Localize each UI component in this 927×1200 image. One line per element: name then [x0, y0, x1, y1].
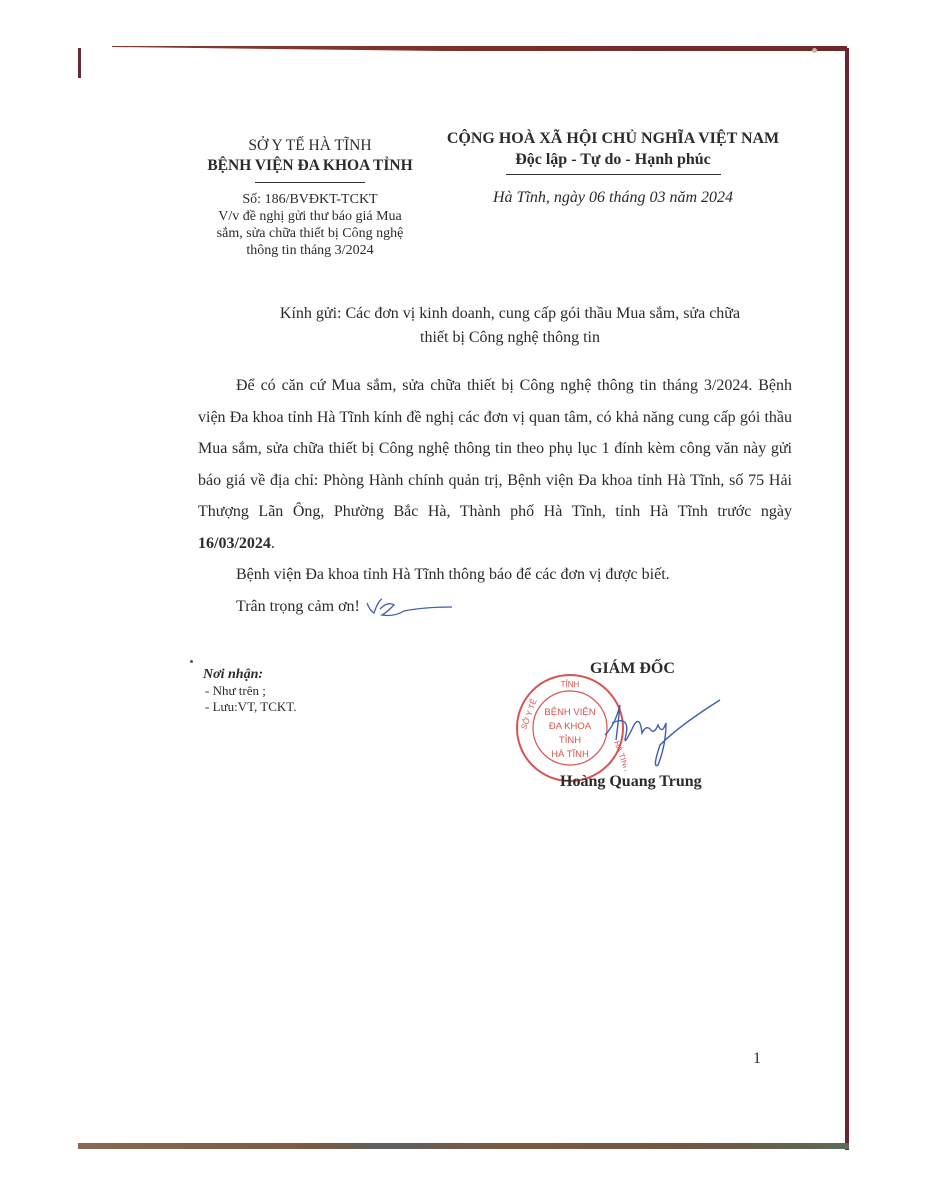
recipient-item: - Như trên ; [203, 683, 297, 699]
closing-text: Trân trọng cảm ơn! [236, 598, 360, 615]
recipient-item: - Lưu:VT, TCKT. [203, 699, 297, 715]
subject-line: V/v đề nghị gửi thư báo giá Mua [185, 208, 435, 225]
subject-line: sắm, sửa chữa thiết bị Công nghệ [185, 225, 435, 242]
page-edge-bottom [78, 1143, 849, 1149]
header-divider [255, 182, 365, 183]
document-number: Số: 186/BVĐKT-TCKT [185, 191, 435, 208]
addressee: Kính gửi: Các đơn vị kinh doanh, cung cấ… [230, 302, 790, 350]
closing-line: Trân trọng cảm ơn! [198, 591, 792, 623]
svg-text:TỈNH: TỈNH [559, 734, 581, 746]
body-text-end: . [271, 535, 275, 552]
scan-speck [812, 48, 817, 53]
recipients-title: Nơi nhận: [203, 667, 297, 683]
national-header: CỘNG HOÀ XÃ HỘI CHỦ NGHĨA VIỆT NAM Độc l… [428, 130, 798, 207]
page-number: 1 [753, 1050, 761, 1068]
initial-signature-icon [364, 595, 454, 619]
page-edge-top [112, 46, 847, 51]
signer-name: Hoàng Quang Trung [560, 773, 702, 791]
body-text: Để có căn cứ Mua sắm, sửa chữa thiết bị … [198, 377, 792, 520]
page-edge-right [845, 48, 849, 1150]
agency-name: SỞ Y TẾ HÀ TĨNH [185, 137, 435, 155]
svg-text:ĐA KHOA: ĐA KHOA [549, 721, 592, 732]
letter-body: Để có căn cứ Mua sắm, sửa chữa thiết bị … [198, 370, 792, 622]
addressee-line: thiết bị Công nghệ thông tin [230, 326, 790, 350]
body-paragraph: Bệnh viện Đa khoa tỉnh Hà Tĩnh thông báo… [198, 559, 792, 591]
scan-dot [190, 660, 193, 663]
addressee-line: Kính gửi: Các đơn vị kinh doanh, cung cấ… [230, 302, 790, 326]
director-signature-icon [600, 695, 725, 770]
organization-name: BỆNH VIỆN ĐA KHOA TỈNH [185, 157, 435, 175]
svg-text:TỈNH: TỈNH [561, 680, 580, 689]
place-and-date: Hà Tĩnh, ngày 06 tháng 03 năm 2024 [428, 189, 798, 207]
national-motto: Độc lập - Tự do - Hạnh phúc [428, 151, 798, 169]
issuer-header: SỞ Y TẾ HÀ TĨNH BỆNH VIỆN ĐA KHOA TỈNH S… [185, 137, 435, 259]
subject-line: thông tin tháng 3/2024 [185, 242, 435, 259]
body-paragraph: Để có căn cứ Mua sắm, sửa chữa thiết bị … [198, 370, 792, 559]
svg-text:BỆNH VIỆN: BỆNH VIỆN [544, 707, 595, 718]
recipients-list: Nơi nhận: - Như trên ; - Lưu:VT, TCKT. [203, 667, 297, 715]
nation-name: CỘNG HOÀ XÃ HỘI CHỦ NGHĨA VIỆT NAM [428, 130, 798, 148]
svg-text:HÀ TĨNH: HÀ TĨNH [551, 749, 589, 760]
page-edge-left [78, 48, 81, 78]
deadline-date: 16/03/2024 [198, 535, 271, 552]
motto-underline [506, 174, 721, 175]
